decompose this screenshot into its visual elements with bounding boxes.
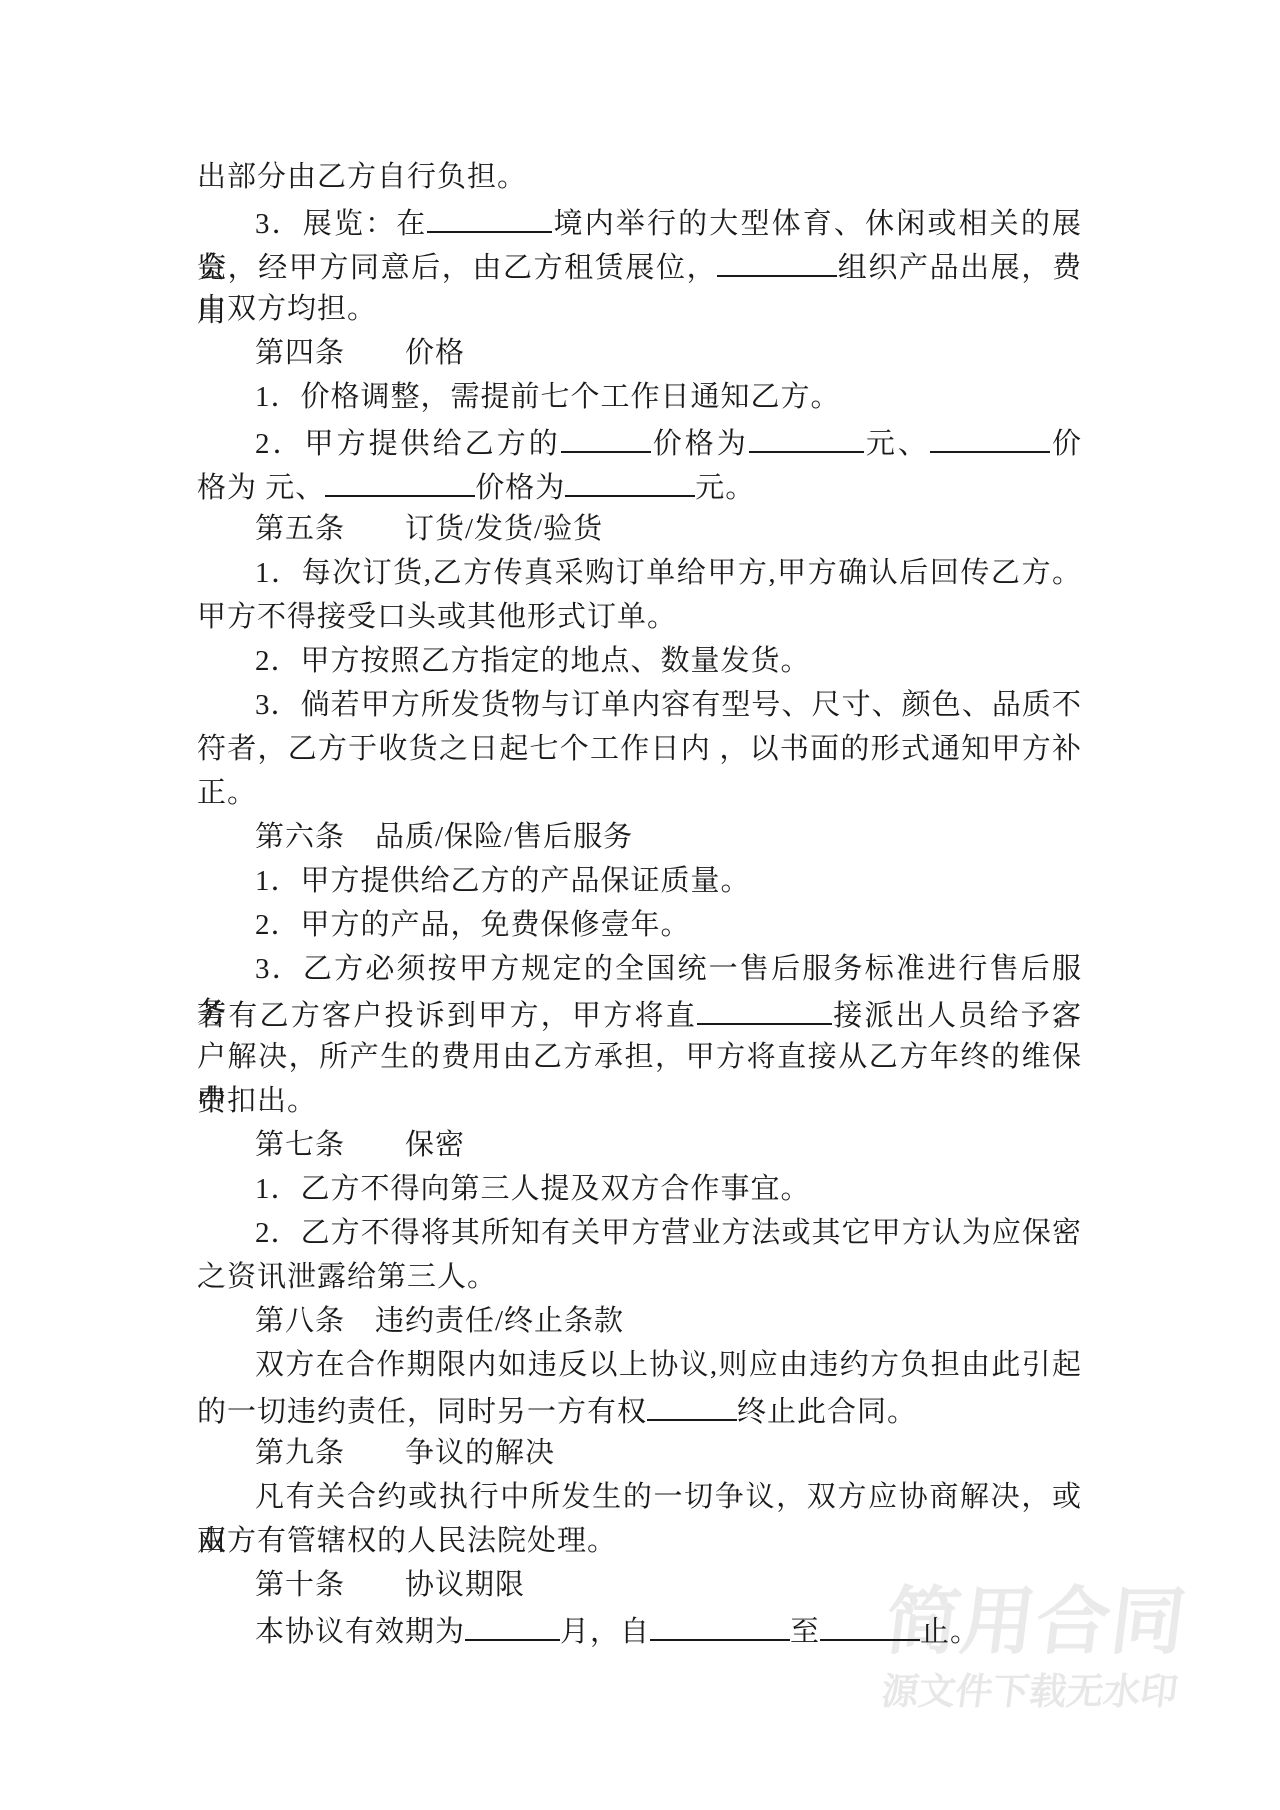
line-text: 双方有管辖权的人民法院处理。 [197, 1525, 617, 1557]
line-text: 第六条 品质/保险/售后服务 [255, 821, 633, 853]
line-text: 3．倘若甲方所发货物与订单内容有型号、尺寸、颜色、品质不 [255, 689, 1082, 721]
line-text: 元、 [864, 428, 930, 460]
document-line: 第八条 违约责任/终止条款 [197, 1299, 1082, 1343]
line-text: 2．乙方不得将其所知有关甲方营业方法或其它甲方认为应保密 [255, 1217, 1082, 1249]
line-text: 由双方均担。 [197, 293, 377, 325]
blank-underline [697, 991, 832, 1025]
line-text: 3．展览：在 [255, 208, 427, 240]
document-line: 双方有管辖权的人民法院处理。 [197, 1519, 1082, 1563]
line-text: 第五条 订货/发货/验货 [255, 513, 603, 545]
document-line: 第四条 价格 [197, 331, 1082, 375]
line-text: 1．乙方不得向第三人提及双方合作事宜。 [255, 1173, 811, 1205]
line-text: 第十条 协议期限 [255, 1569, 525, 1601]
line-text: 甲方不得接受口头或其他形式订单。 [197, 601, 677, 633]
document-line: 2．甲方提供给乙方的价格为元、价 [197, 419, 1082, 463]
document-line: 符者，乙方于收货之日起七个工作日内 ，以书面的形式通知甲方补 [197, 727, 1082, 771]
blank-underline [465, 1607, 560, 1641]
document-line: 3．乙方必须按甲方规定的全国统一售后服务标准进行售后服务， [197, 947, 1082, 991]
document-line: 格为 元、价格为元。 [197, 463, 1082, 507]
line-text: 正。 [197, 777, 257, 809]
line-text: 1．甲方提供给乙方的产品保证质量。 [255, 865, 751, 897]
document-line: 甲方不得接受口头或其他形式订单。 [197, 595, 1082, 639]
document-line: 2．乙方不得将其所知有关甲方营业方法或其它甲方认为应保密 [197, 1211, 1082, 1255]
line-text: 之资讯泄露给第三人。 [197, 1261, 497, 1293]
document-line: 3．展览：在境内举行的大型体育、休闲或相关的展览 [197, 199, 1082, 243]
line-text: 2．甲方的产品，免费保修壹年。 [255, 909, 691, 941]
document-line: 第十条 协议期限 [197, 1563, 1082, 1607]
blank-underline [749, 419, 864, 453]
document-line: 1．每次订货,乙方传真采购订单给甲方,甲方确认后回传乙方。 [197, 551, 1082, 595]
document-line: 出部分由乙方自行负担。 [197, 155, 1082, 199]
watermark-subtitle: 源文件下载无水印 [865, 1673, 1180, 1710]
document-line: 3．倘若甲方所发货物与订单内容有型号、尺寸、颜色、品质不 [197, 683, 1082, 727]
line-text: 若有乙方客户投诉到甲方，甲方将直 [197, 1000, 697, 1032]
line-text: 第八条 违约责任/终止条款 [255, 1305, 624, 1337]
line-text: 月，自 [560, 1616, 650, 1648]
line-text: 2．甲方提供给乙方的 [255, 428, 561, 460]
blank-underline [820, 1607, 920, 1641]
line-text: 1．每次订货,乙方传真采购订单给甲方,甲方确认后回传乙方。 [255, 557, 1082, 589]
line-text: 双方在合作期限内如违反以上协议,则应由违约方负担由此引起 [255, 1349, 1082, 1381]
blank-underline [325, 463, 475, 497]
line-text: 会，经甲方同意后，由乙方租赁展位， [197, 252, 717, 284]
document-line: 1．甲方提供给乙方的产品保证质量。 [197, 859, 1082, 903]
document-line: 的一切违约责任，同时另一方有权终止此合同。 [197, 1387, 1082, 1431]
document-line: 第五条 订货/发货/验货 [197, 507, 1082, 551]
contract-body: 出部分由乙方自行负担。3．展览：在境内举行的大型体育、休闲或相关的展览会，经甲方… [197, 155, 1082, 1651]
line-text: 2．甲方按照乙方指定的地点、数量发货。 [255, 645, 811, 677]
line-text: 价格为 [651, 428, 749, 460]
line-text: 第九条 争议的解决 [255, 1437, 555, 1469]
line-text: 价 [1050, 428, 1082, 460]
document-line: 凡有关合约或执行中所发生的一切争议，双方应协商解决，或由 [197, 1475, 1082, 1519]
line-text: 1．价格调整，需提前七个工作日通知乙方。 [255, 381, 841, 413]
document-line: 第九条 争议的解决 [197, 1431, 1082, 1475]
blank-underline [565, 463, 695, 497]
document-line: 之资讯泄露给第三人。 [197, 1255, 1082, 1299]
contract-page: 简用合同 源文件下载无水印 出部分由乙方自行负担。3．展览：在境内举行的大型体育… [0, 0, 1280, 1810]
line-text: 终止此合同。 [737, 1396, 917, 1428]
line-text: 本协议有效期为 [255, 1616, 465, 1648]
document-line: 双方在合作期限内如违反以上协议,则应由违约方负担由此引起 [197, 1343, 1082, 1387]
document-line: 户解决，所产生的费用由乙方承担，甲方将直接从乙方年终的维保费 [197, 1035, 1082, 1079]
document-line: 2．甲方按照乙方指定的地点、数量发货。 [197, 639, 1082, 683]
document-line: 2．甲方的产品，免费保修壹年。 [197, 903, 1082, 947]
line-text: 中扣出。 [197, 1085, 317, 1117]
document-line: 由双方均担。 [197, 287, 1082, 331]
line-text: 价格为 [475, 472, 565, 504]
line-text: 符者，乙方于收货之日起七个工作日内 ，以书面的形式通知甲方补 [197, 733, 1082, 765]
line-text: 元。 [695, 472, 755, 504]
blank-underline [427, 199, 552, 233]
blank-underline [930, 419, 1050, 453]
document-line: 中扣出。 [197, 1079, 1082, 1123]
document-line: 若有乙方客户投诉到甲方，甲方将直接派出人员给予客 [197, 991, 1082, 1035]
blank-underline [647, 1387, 737, 1421]
line-text: 的一切违约责任，同时另一方有权 [197, 1396, 647, 1428]
line-text: 格为 元、 [197, 472, 325, 504]
document-line: 第六条 品质/保险/售后服务 [197, 815, 1082, 859]
document-line: 1．乙方不得向第三人提及双方合作事宜。 [197, 1167, 1082, 1211]
line-text: 接派出人员给予客 [832, 1000, 1082, 1032]
blank-underline [650, 1607, 790, 1641]
document-line: 正。 [197, 771, 1082, 815]
line-text: 第四条 价格 [255, 337, 465, 369]
blank-underline [717, 243, 837, 277]
document-line: 会，经甲方同意后，由乙方租赁展位，组织产品出展，费用 [197, 243, 1082, 287]
line-text: 止。 [920, 1616, 980, 1648]
line-text: 出部分由乙方自行负担。 [197, 161, 527, 193]
blank-underline [561, 419, 651, 453]
document-line: 1．价格调整，需提前七个工作日通知乙方。 [197, 375, 1082, 419]
document-line: 第七条 保密 [197, 1123, 1082, 1167]
document-line: 本协议有效期为月，自至止。 [197, 1607, 1082, 1651]
line-text: 至 [790, 1616, 820, 1648]
line-text: 第七条 保密 [255, 1129, 465, 1161]
